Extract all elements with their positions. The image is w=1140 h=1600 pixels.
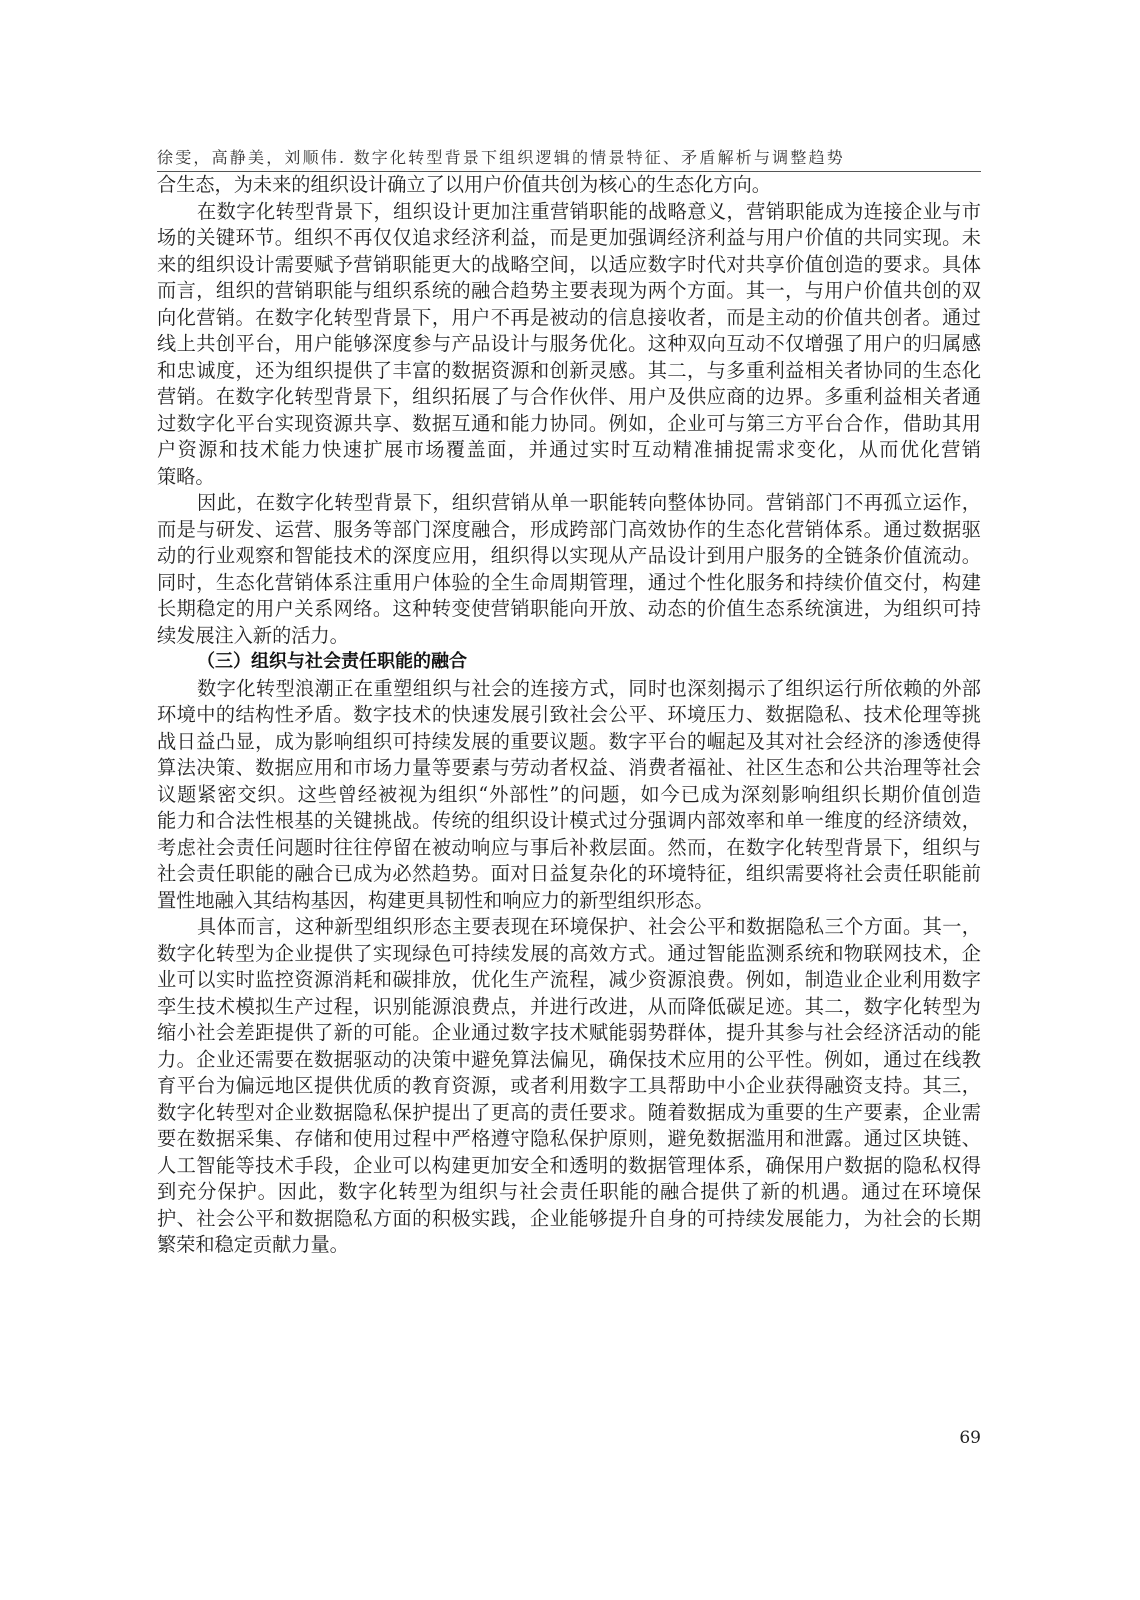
text-line: 户资源和技术能力快速扩展市场覆盖面，并通过实时互动精准捕捉需求变化，从而优化营销	[157, 437, 981, 464]
text-line: 而是与研发、运营、服务等部门深度融合，形成跨部门高效协作的生态化营销体系。通过数…	[157, 517, 981, 544]
text-line: 线上共创平台，用户能够深度参与产品设计与服务优化。这种双向互动不仅增强了用户的归…	[157, 331, 981, 358]
text-line: 业可以实时监控资源消耗和碳排放，优化生产流程，减少资源浪费。例如，制造业企业利用…	[157, 967, 981, 994]
text-line: 数字化转型对企业数据隐私保护提出了更高的责任要求。随着数据成为重要的生产要素，企…	[157, 1100, 981, 1127]
paragraph: 合生态，为未来的组织设计确立了以用户价值共创为核心的生态化方向。	[157, 172, 981, 199]
text-line: 数字化转型浪潮正在重塑组织与社会的连接方式，同时也深刻揭示了组织运行所依赖的外部	[157, 676, 981, 703]
text-line: 力。企业还需要在数据驱动的决策中避免算法偏见，确保技术应用的公平性。例如，通过在…	[157, 1047, 981, 1074]
text-line: 合生态，为未来的组织设计确立了以用户价值共创为核心的生态化方向。	[157, 172, 981, 199]
text-line: 议题紧密交织。这些曾经被视为组织“外部性”的问题，如今已成为深刻影响组织长期价值…	[157, 782, 981, 809]
text-line: 长期稳定的用户关系网络。这种转变使营销职能向开放、动态的价值生态系统演进，为组织…	[157, 596, 981, 623]
paragraph: 因此，在数字化转型背景下，组织营销从单一职能转向整体协同。营销部门不再孤立运作，…	[157, 490, 981, 649]
text-line: 到充分保护。因此，数字化转型为组织与社会责任职能的融合提供了新的机遇。通过在环境…	[157, 1179, 981, 1206]
text-line: 同时，生态化营销体系注重用户体验的全生命周期管理，通过个性化服务和持续价值交付，…	[157, 570, 981, 597]
text-line: 护、社会公平和数据隐私方面的积极实践，企业能够提升自身的可持续发展能力，为社会的…	[157, 1206, 981, 1233]
text-line: 场的关键环节。组织不再仅仅追求经济利益，而是更加强调经济利益与用户价值的共同实现…	[157, 225, 981, 252]
text-line: 繁荣和稳定贡献力量。	[157, 1232, 981, 1259]
text-line: 和忠诚度，还为组织提供了丰富的数据资源和创新灵感。其二，与多重利益相关者协同的生…	[157, 358, 981, 385]
text-line: 战日益凸显，成为影响组织可持续发展的重要议题。数字平台的崛起及其对社会经济的渗透…	[157, 729, 981, 756]
text-line: 因此，在数字化转型背景下，组织营销从单一职能转向整体协同。营销部门不再孤立运作，	[157, 490, 981, 517]
running-header: 徐雯，高静美，刘顺伟. 数字化转型背景下组织逻辑的情景特征、矛盾解析与调整趋势	[157, 145, 981, 168]
text-line: 来的组织设计需要赋予营销职能更大的战略空间，以适应数字时代对共享价值创造的要求。…	[157, 252, 981, 279]
paragraph: 数字化转型浪潮正在重塑组织与社会的连接方式，同时也深刻揭示了组织运行所依赖的外部…	[157, 676, 981, 915]
text-line: 社会责任职能的融合已成为必然趋势。面对日益复杂化的环境特征，组织需要将社会责任职…	[157, 861, 981, 888]
text-line: 孪生技术模拟生产过程，识别能源浪费点，并进行改进，从而降低碳足迹。其二，数字化转…	[157, 994, 981, 1021]
text-line: 数字化转型为企业提供了实现绿色可持续发展的高效方式。通过智能监测系统和物联网技术…	[157, 941, 981, 968]
text-line: 策略。	[157, 464, 981, 491]
paragraph: 具体而言，这种新型组织形态主要表现在环境保护、社会公平和数据隐私三个方面。其一，…	[157, 914, 981, 1259]
text-line: 育平台为偏远地区提供优质的教育资源，或者利用数字工具帮助中小企业获得融资支持。其…	[157, 1073, 981, 1100]
text-line: 向化营销。在数字化转型背景下，用户不再是被动的信息接收者，而是主动的价值共创者。…	[157, 305, 981, 332]
page-number: 69	[959, 1428, 981, 1448]
article-body: 合生态，为未来的组织设计确立了以用户价值共创为核心的生态化方向。在数字化转型背景…	[157, 172, 981, 1259]
text-line: 人工智能等技术手段，企业可以构建更加安全和透明的数据管理体系，确保用户数据的隐私…	[157, 1153, 981, 1180]
text-line: 算法决策、数据应用和市场力量等要素与劳动者权益、消费者福祉、社区生态和公共治理等…	[157, 755, 981, 782]
text-line: 续发展注入新的活力。	[157, 623, 981, 650]
text-line: 营销。在数字化转型背景下，组织拓展了与合作伙伴、用户及供应商的边界。多重利益相关…	[157, 384, 981, 411]
text-line: 而言，组织的营销职能与组织系统的融合趋势主要表现为两个方面。其一，与用户价值共创…	[157, 278, 981, 305]
text-line: 过数字化平台实现资源共享、数据互通和能力协同。例如，企业可与第三方平台合作，借助…	[157, 411, 981, 438]
text-line: 置性地融入其结构基因，构建更具韧性和响应力的新型组织形态。	[157, 888, 981, 915]
text-line: 环境中的结构性矛盾。数字技术的快速发展引致社会公平、环境压力、数据隐私、技术伦理…	[157, 702, 981, 729]
text-line: 缩小社会差距提供了新的可能。企业通过数字技术赋能弱势群体，提升其参与社会经济活动…	[157, 1020, 981, 1047]
section-heading: （三）组织与社会责任职能的融合	[157, 649, 981, 676]
text-line: 动的行业观察和智能技术的深度应用，组织得以实现从产品设计到用户服务的全链条价值流…	[157, 543, 981, 570]
text-line: 在数字化转型背景下，组织设计更加注重营销职能的战略意义，营销职能成为连接企业与市	[157, 199, 981, 226]
text-line: 能力和合法性根基的关键挑战。传统的组织设计模式过分强调内部效率和单一维度的经济绩…	[157, 808, 981, 835]
text-line: 考虑社会责任问题时往往停留在被动响应与事后补救层面。然而，在数字化转型背景下，组…	[157, 835, 981, 862]
text-line: 要在数据采集、存储和使用过程中严格遵守隐私保护原则，避免数据滥用和泄露。通过区块…	[157, 1126, 981, 1153]
paragraph: 在数字化转型背景下，组织设计更加注重营销职能的战略意义，营销职能成为连接企业与市…	[157, 199, 981, 491]
text-line: 具体而言，这种新型组织形态主要表现在环境保护、社会公平和数据隐私三个方面。其一，	[157, 914, 981, 941]
